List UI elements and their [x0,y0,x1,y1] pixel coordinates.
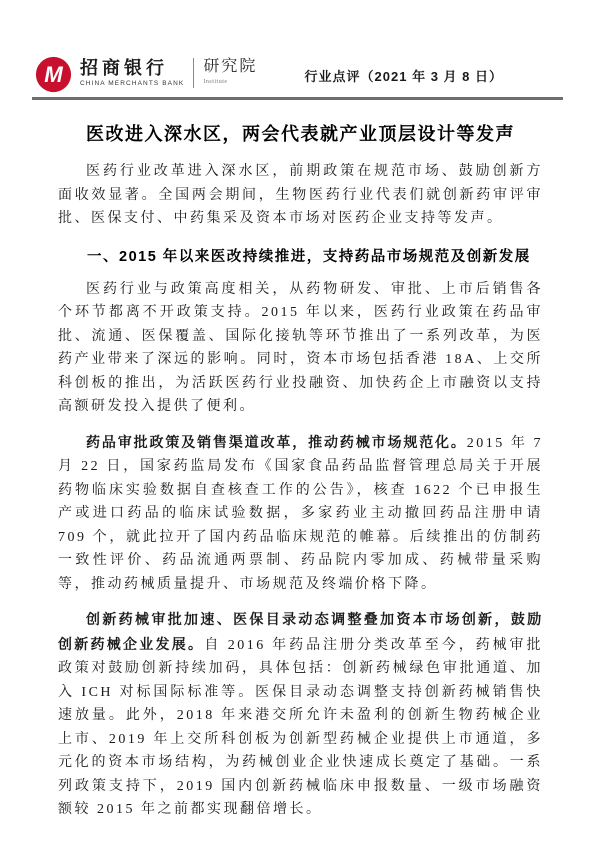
paragraph: 医药行业与政策高度相关，从药物研发、审批、上市后销售各个环节都离不开政策支持。2… [58,278,543,419]
bank-name-cn: 招商银行 [80,58,184,78]
bank-name-en: CHINA MERCHANTS BANK [80,80,184,87]
bank-name-block: 招商银行 CHINA MERCHANTS BANK [80,58,184,87]
paragraph-text: 医药行业与政策高度相关，从药物研发、审批、上市后销售各个环节都离不开政策支持。2… [58,282,543,415]
report-body: 医改进入深水区，两会代表就产业顶层设计等发声 医药行业改革进入深水区，前期政策在… [58,112,543,834]
paragraph-bold-lead: 药品审批政策及销售渠道改革，推动药械市场规范化。 [86,434,467,450]
institute-name: 研究院 [203,57,257,77]
paragraph-text: 2015 年 7 月 22 日，国家药监局发布《国家食品药品监督管理总局关于开展… [58,436,543,592]
page-number: 1 [295,756,301,768]
report-header: M 招商银行 CHINA MERCHANTS BANK 研究院 Institut… [35,56,563,93]
cmb-brand: M 招商银行 CHINA MERCHANTS BANK 研究院 Institut… [35,56,257,93]
report-type-label: 行业点评（2021 年 3 月 8 日） [305,66,563,85]
intro-paragraph: 医药行业改革进入深水区，前期政策在规范市场、鼓励创新方面收效显著。全国两会期间，… [58,160,543,231]
page-footer: 1 [0,752,595,770]
header-rule [32,97,563,100]
paragraph-text: 自 2016 年药品注册分类改革至今，药械审批政策对鼓励创新持续加码，具体包括：… [58,638,543,818]
report-title: 医改进入深水区，两会代表就产业顶层设计等发声 [58,120,543,146]
paragraph: 创新药械审批加速、医保目录动态调整叠加资本市场创新，鼓励创新药械企业发展。自 2… [58,608,543,822]
paragraph: 药品审批政策及销售渠道改革，推动药械市场规范化。2015 年 7 月 22 日，… [58,431,543,597]
institute-block: 研究院 Institute [203,57,257,85]
logo-letter: M [44,62,63,87]
section-heading: 一、2015 年以来医改持续推进，支持药品市场规范及创新发展 [58,245,543,266]
report-page: M 招商银行 CHINA MERCHANTS BANK 研究院 Institut… [0,0,595,842]
cmb-logo-icon: M [35,56,72,93]
institute-subtitle: Institute [203,79,257,85]
brand-divider [193,58,194,88]
